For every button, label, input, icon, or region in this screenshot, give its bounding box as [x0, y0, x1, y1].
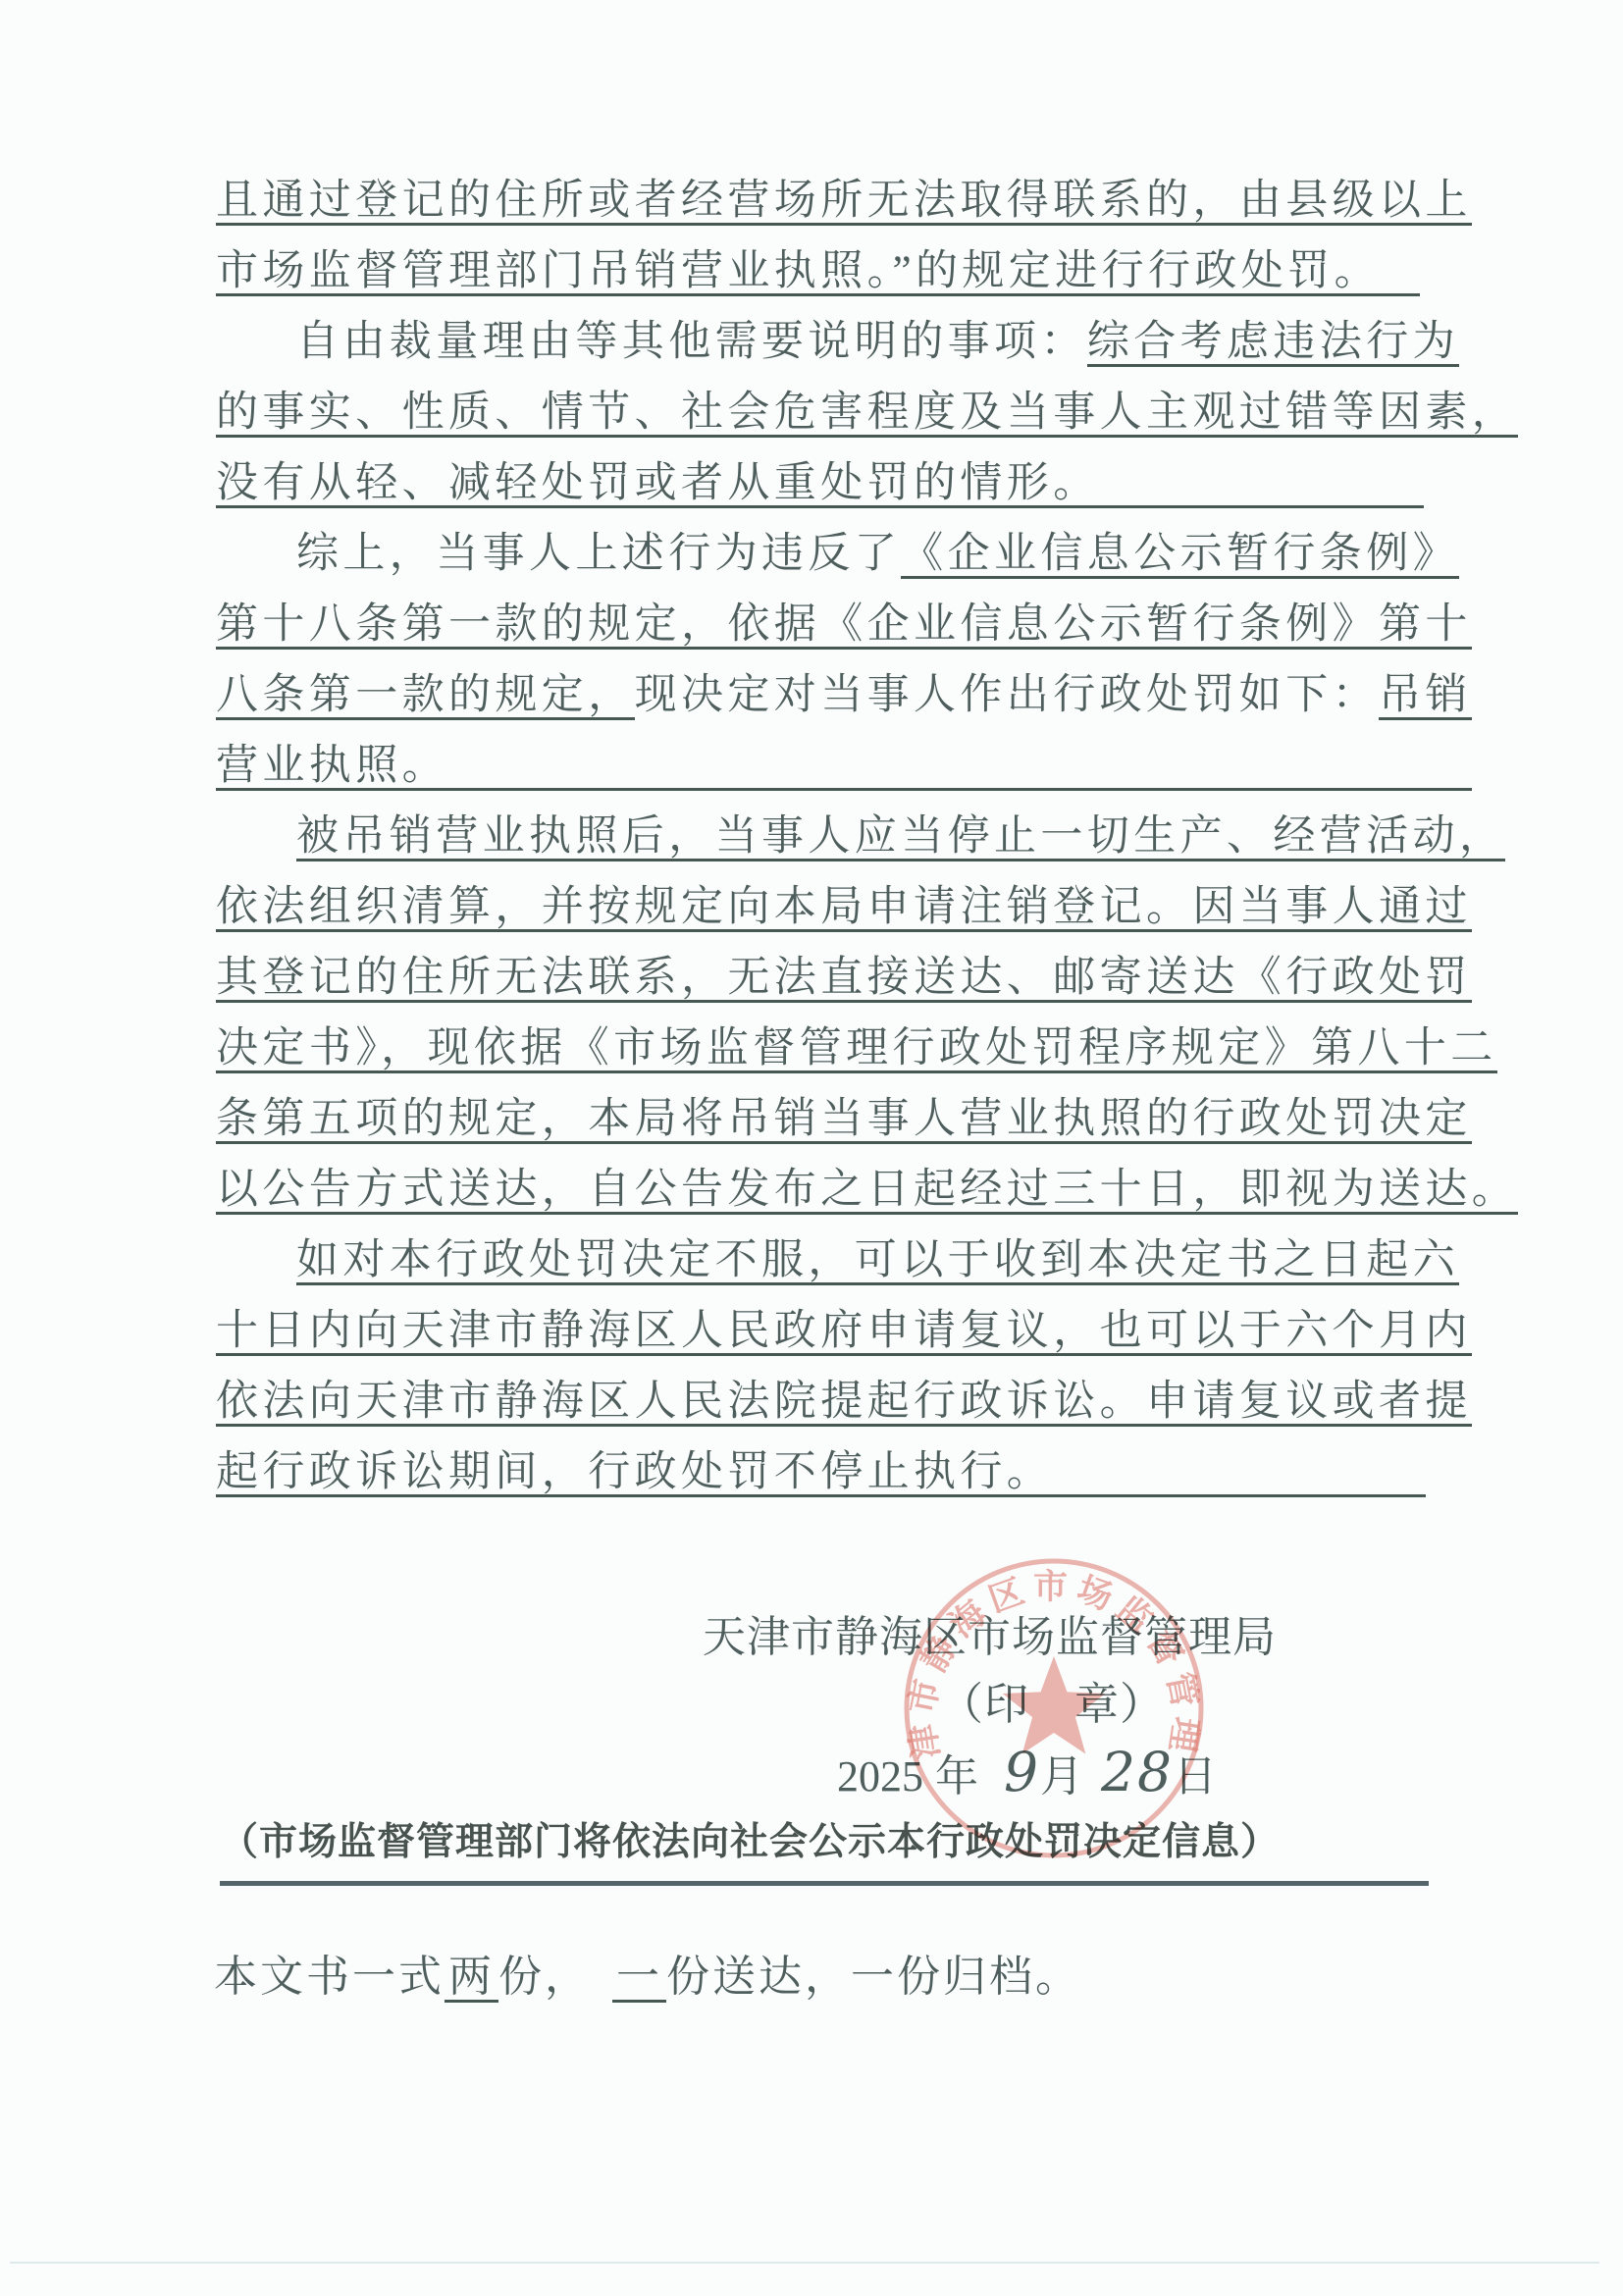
text-segment: 起行政诉讼期间，行政处罚不停止执行。: [216, 1451, 1053, 1497]
document-line: 且通过登记的住所或者经营场所无法取得联系的，由县级以上: [216, 180, 1472, 250]
document-line: 八条第一款的规定，现决定对当事人作出行政处罚如下：吊销: [216, 674, 1472, 745]
paragraph-indent: [216, 1239, 296, 1282]
document-line: 十日内向天津市静海区人民政府申请复议，也可以于六个月内: [216, 1310, 1472, 1381]
text-segment: 如对本行政处罚决定不服，可以于收到本决定书之日起六: [296, 1239, 1459, 1285]
text-segment: 以公告方式送达，自公告发布之日起经过三十日，即视为送达。: [216, 1169, 1518, 1215]
official-seal: 天津市静海区市场监督管理局: [899, 1553, 1209, 1863]
document-line: 被吊销营业执照后，当事人应当停止一切生产、经营活动，: [216, 815, 1472, 886]
document-page: 且通过登记的住所或者经营场所无法取得联系的，由县级以上市场监督管理部门吊销营业执…: [0, 0, 1623, 2296]
text-segment: 八条第一款的规定，: [216, 674, 635, 720]
underline-filler: [1381, 250, 1420, 296]
document-body: 且通过登记的住所或者经营场所无法取得联系的，由县级以上市场监督管理部门吊销营业执…: [216, 180, 1472, 1522]
text-segment: 条第五项的规定，本局将吊销当事人营业执照的行政处罚决定: [216, 1098, 1472, 1144]
text-segment: 份送达，一份归档。: [666, 1955, 1081, 2000]
document-line: 决定书》，现依据《市场监督管理行政处罚程序规定》第八十二: [216, 1027, 1472, 1098]
text-segment: 其登记的住所无法联系，无法直接送达、邮寄送达《行政处罚: [216, 957, 1472, 1003]
text-segment: 营业执照。: [216, 745, 448, 791]
text-segment: 依法组织清算，并按规定向本局申请注销登记。因当事人通过: [216, 886, 1472, 932]
text-segment: 份，: [498, 1955, 591, 2000]
text-segment: 第十八条第一款的规定，依据《企业信息公示暂行条例》第十: [216, 603, 1472, 650]
document-line: 依法组织清算，并按规定向本局申请注销登记。因当事人通过: [216, 886, 1472, 957]
document-line: 如对本行政处罚决定不服，可以于收到本决定书之日起六: [216, 1239, 1472, 1310]
text-segment: 且通过登记的住所或者经营场所无法取得联系的，由县级以上: [216, 180, 1472, 226]
underline-filler: [448, 745, 1472, 791]
document-line: 其登记的住所无法联系，无法直接送达、邮寄送达《行政处罚: [216, 957, 1472, 1027]
document-line: 条第五项的规定，本局将吊销当事人营业执照的行政处罚决定: [216, 1098, 1472, 1169]
document-line: 以公告方式送达，自公告发布之日起经过三十日，即视为送达。: [216, 1169, 1472, 1239]
document-line: 依法向天津市静海区人民法院提起行政诉讼。申请复议或者提: [216, 1381, 1472, 1451]
text-segment: 被吊销营业执照后，当事人应当停止一切生产、经营活动，: [296, 815, 1505, 861]
seal-star-icon: [1003, 1656, 1106, 1754]
copies-note: 本文书一式两份，一份送达，一份归档。: [214, 1955, 1081, 2003]
scan-artifact-line: [10, 2262, 1599, 2264]
text-segment: 十日内向天津市静海区人民政府申请复议，也可以于六个月内: [216, 1310, 1472, 1356]
document-line: 市场监督管理部门吊销营业执照。”的规定进行行政处罚。: [216, 250, 1472, 321]
text-segment: 没有从轻、减轻处罚或者从重处罚的情形。: [216, 462, 1100, 508]
underline-filler: [1053, 1451, 1426, 1497]
text-segment: 一: [612, 1955, 666, 2003]
document-line: 营业执照。: [216, 745, 1472, 815]
text-segment: 依法向天津市静海区人民法院提起行政诉讼。申请复议或者提: [216, 1381, 1472, 1427]
text-segment: 吊销: [1379, 674, 1472, 720]
text-segment: 现决定对当事人作出行政处罚如下：: [635, 674, 1379, 717]
underline-filler: [1100, 462, 1424, 508]
text-segment: 综上，当事人上述行为违反了: [296, 533, 901, 576]
document-line: 自由裁量理由等其他需要说明的事项：综合考虑违法行为: [216, 321, 1472, 391]
text-segment: 两: [445, 1955, 498, 2003]
paragraph-indent: [216, 533, 296, 576]
text-segment: 自由裁量理由等其他需要说明的事项：: [296, 321, 1087, 364]
document-line: 没有从轻、减轻处罚或者从重处罚的情形。: [216, 462, 1472, 533]
divider-line: [220, 1881, 1429, 1886]
text-segment: 的事实、性质、情节、社会危害程度及当事人主观过错等因素，: [216, 391, 1518, 438]
document-line: 的事实、性质、情节、社会危害程度及当事人主观过错等因素，: [216, 391, 1472, 462]
document-line: 起行政诉讼期间，行政处罚不停止执行。: [216, 1451, 1472, 1522]
text-segment: 《企业信息公示暂行条例》: [901, 533, 1459, 579]
text-segment: 本文书一式: [214, 1955, 445, 2000]
text-segment: 决定书》，现依据《市场监督管理行政处罚程序规定》第八十二: [216, 1027, 1497, 1073]
text-segment: 市场监督管理部门吊销营业执照。”的规定进行行政处罚。: [216, 250, 1381, 296]
document-line: 第十八条第一款的规定，依据《企业信息公示暂行条例》第十: [216, 603, 1472, 674]
document-line: 综上，当事人上述行为违反了《企业信息公示暂行条例》: [216, 533, 1472, 603]
spacer: [591, 1955, 612, 2000]
paragraph-indent: [216, 815, 296, 859]
text-segment: 综合考虑违法行为: [1087, 321, 1459, 367]
paragraph-indent: [216, 321, 296, 364]
